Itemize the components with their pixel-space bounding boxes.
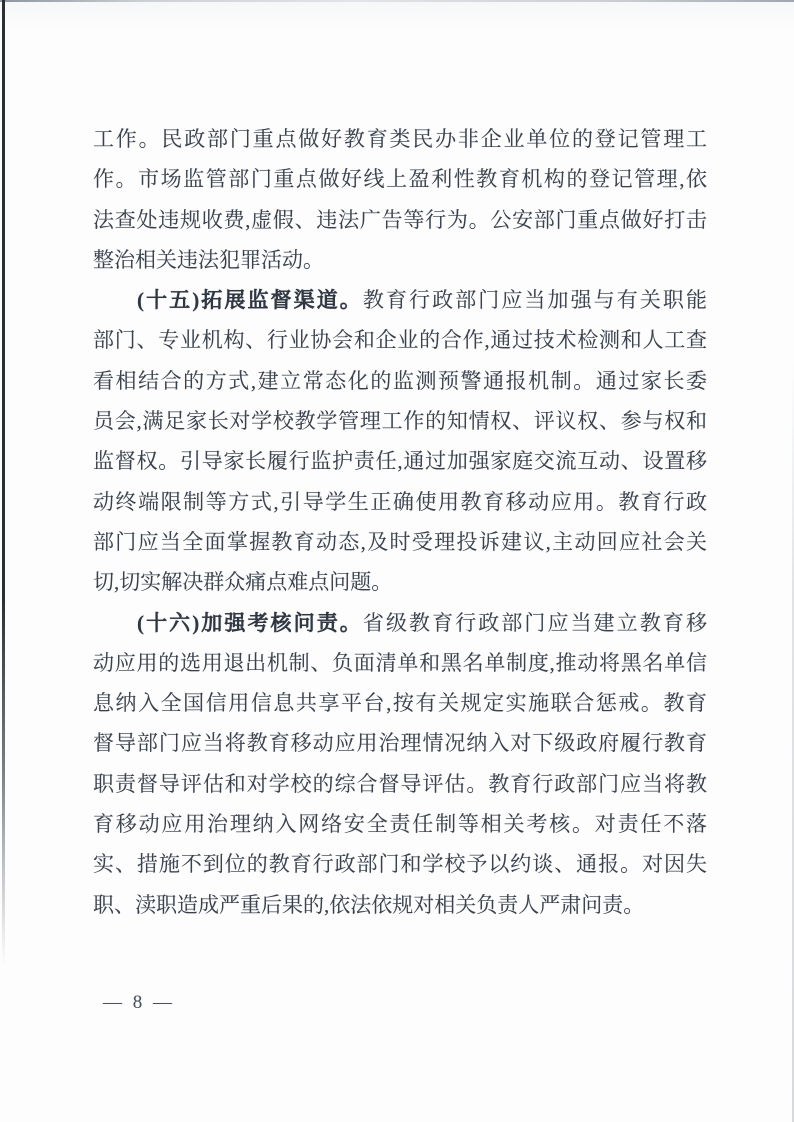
text-segment: 法查处违规收费,虚假、违法广告等行为。公安部门重点做好打击 [93, 208, 707, 232]
text-segment: 职责督导评估和对学校的综合督导评估。教育行政部门应当将教 [93, 772, 707, 796]
text-line: 职、渎职造成严重后果的,依法依规对相关负责人严肃问责。 [93, 885, 707, 925]
text-line: 法查处违规收费,虚假、违法广告等行为。公安部门重点做好打击 [93, 200, 707, 240]
text-line: 工作。民政部门重点做好教育类民办非企业单位的登记管理工 [93, 119, 707, 159]
text-line: 部门、专业机构、行业协会和企业的合作,通过技术检测和人工查 [93, 320, 707, 360]
text-segment: 动应用的选用退出机制、负面清单和黑名单制度,推动将黑名单信 [93, 651, 707, 675]
text-segment: 切,切实解决群众痛点难点问题。 [93, 570, 392, 594]
text-line: 切,切实解决群众痛点难点问题。 [93, 562, 707, 602]
document-page: 工作。民政部门重点做好教育类民办非企业单位的登记管理工作。市场监管部门重点做好线… [0, 0, 794, 1122]
text-line: 部门应当全面掌握教育动态,及时受理投诉建议,主动回应社会关 [93, 522, 707, 562]
text-segment: 部门应当全面掌握教育动态,及时受理投诉建议,主动回应社会关 [93, 530, 707, 554]
text-line: (十六)加强考核问责。省级教育行政部门应当建立教育移 [93, 603, 707, 643]
text-line: 督导部门应当将教育移动应用治理情况纳入对下级政府履行教育 [93, 723, 707, 763]
text-line: 息纳入全国信用信息共享平台,按有关规定实施联合惩戒。教育 [93, 683, 707, 723]
text-segment: 作。市场监管部门重点做好线上盈利性教育机构的登记管理,依 [93, 167, 707, 191]
text-segment: 育移动应用治理纳入网络安全责任制等相关考核。对责任不落 [93, 812, 707, 836]
body-text: 工作。民政部门重点做好教育类民办非企业单位的登记管理工作。市场监管部门重点做好线… [93, 119, 707, 925]
scan-artifact-top-edge [0, 0, 794, 2]
text-segment: 整治相关违法犯罪活动。 [93, 248, 324, 272]
text-segment: 员会,满足家长对学校教学管理工作的知情权、评议权、参与权和 [93, 409, 707, 433]
scan-artifact-left-edge [2, 0, 5, 965]
page-number: — 8 — [103, 992, 175, 1014]
text-segment: 部门、专业机构、行业协会和企业的合作,通过技术检测和人工查 [93, 328, 707, 352]
text-line: (十五)拓展监督渠道。教育行政部门应当加强与有关职能 [93, 280, 707, 320]
text-line: 实、措施不到位的教育行政部门和学校予以约谈、通报。对因失 [93, 844, 707, 884]
text-line: 动应用的选用退出机制、负面清单和黑名单制度,推动将黑名单信 [93, 643, 707, 683]
text-line: 看相结合的方式,建立常态化的监测预警通报机制。通过家长委 [93, 361, 707, 401]
text-segment: 看相结合的方式,建立常态化的监测预警通报机制。通过家长委 [93, 369, 707, 393]
text-line: 育移动应用治理纳入网络安全责任制等相关考核。对责任不落 [93, 804, 707, 844]
text-line: 动终端限制等方式,引导学生正确使用教育移动应用。教育行政 [93, 482, 707, 522]
text-segment: 实、措施不到位的教育行政部门和学校予以约谈、通报。对因失 [93, 852, 707, 876]
text-segment: 息纳入全国信用信息共享平台,按有关规定实施联合惩戒。教育 [93, 691, 707, 715]
text-line: 整治相关违法犯罪活动。 [93, 240, 707, 280]
text-segment: 教育行政部门应当加强与有关职能 [363, 288, 707, 312]
text-segment: 督导部门应当将教育移动应用治理情况纳入对下级政府履行教育 [93, 731, 707, 755]
section-heading: (十六)加强考核问责。 [137, 611, 363, 635]
text-line: 监督权。引导家长履行监护责任,通过加强家庭交流互动、设置移 [93, 441, 707, 481]
text-segment: 工作。民政部门重点做好教育类民办非企业单位的登记管理工 [93, 127, 707, 151]
text-segment: 省级教育行政部门应当建立教育移 [363, 611, 707, 635]
text-segment: 动终端限制等方式,引导学生正确使用教育移动应用。教育行政 [93, 490, 707, 514]
text-segment: 监督权。引导家长履行监护责任,通过加强家庭交流互动、设置移 [93, 449, 707, 473]
text-line: 职责督导评估和对学校的综合督导评估。教育行政部门应当将教 [93, 764, 707, 804]
text-line: 员会,满足家长对学校教学管理工作的知情权、评议权、参与权和 [93, 401, 707, 441]
section-heading: (十五)拓展监督渠道。 [137, 288, 363, 312]
text-segment: 职、渎职造成严重后果的,依法依规对相关负责人严肃问责。 [93, 893, 644, 917]
text-line: 作。市场监管部门重点做好线上盈利性教育机构的登记管理,依 [93, 159, 707, 199]
